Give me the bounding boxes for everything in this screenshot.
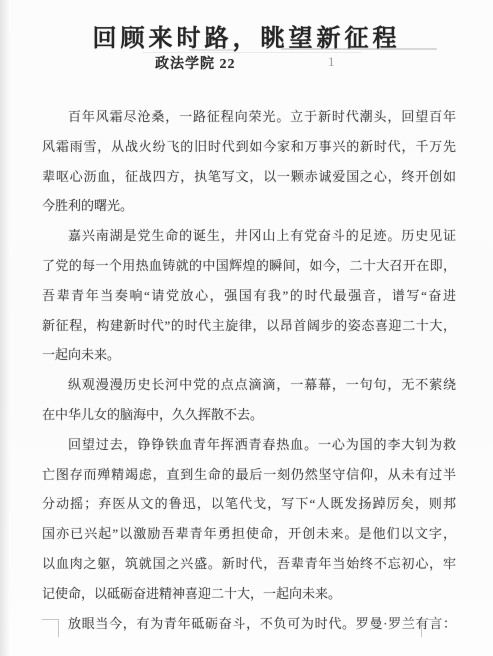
text-line: 纵观漫漫历史长河中党的点点滴滴，一幕幕，一句句，无不萦绕 bbox=[42, 370, 456, 400]
author-byline: 政法学院 22 bbox=[155, 53, 236, 73]
page-edge-shadow bbox=[0, 0, 10, 656]
text-line: 风霜雨雪，从战火纷飞的旧时代到如今家和万事兴的新时代，千万先 bbox=[42, 132, 456, 162]
byline-faint-mark: 1 bbox=[328, 54, 335, 70]
text-line: 嘉兴南湖是党生命的诞生，井冈山上有党奋斗的足迹。历史见证 bbox=[42, 221, 456, 251]
text-line: 吾辈青年当奏响“请党放心，强国有我”的时代最强音，谱写“奋进 bbox=[42, 281, 456, 311]
text-line: 新征程，构建新时代”的时代主旋律，以昂首阔步的姿态喜迎二十大， bbox=[42, 311, 456, 341]
text-line: 一起向未来。 bbox=[42, 340, 456, 370]
text-line: 今胜利的曙光。 bbox=[42, 191, 456, 221]
text-line: 记使命，以砥砺奋进精神喜迎二十大，一起向未来。 bbox=[42, 579, 456, 609]
text-line: 辈呕心沥血，征战四方，执笔写文，以一颗赤诚爱国之心，终开创如 bbox=[42, 162, 456, 192]
text-line: 回望过去，铮铮铁血青年挥洒青春热血。一心为国的李大钊为救 bbox=[42, 430, 456, 460]
text-line: 放眼当今，有为青年砥砺奋斗，不负可为时代。罗曼·罗兰有言： bbox=[42, 609, 456, 639]
text-line: 国亦已兴起”以激励吾辈青年勇担使命，开创未来。是他们以文字， bbox=[42, 519, 456, 549]
text-line: 在中华儿女的脑海中，久久挥散不去。 bbox=[42, 400, 456, 430]
text-line: 以血肉之躯，筑就国之兴盛。新时代，吾辈青年当始终不忘初心，牢 bbox=[42, 549, 456, 579]
text-line: 分动摇；弃医从文的鲁迅，以笔代戈，写下“人既发扬踔厉矣，则邦 bbox=[42, 489, 456, 519]
text-line: 亡图存而殚精竭虑，直到生命的最后一刻仍然坚守信仰，从未有过半 bbox=[42, 460, 456, 490]
text-line: 百年风霜尽沧桑，一路征程向荣光。立于新时代潮头，回望百年 bbox=[42, 102, 456, 132]
document-page: 回顾来时路，眺望新征程 政法学院 22 1 百年风霜尽沧桑，一路征程向荣光。立于… bbox=[0, 0, 493, 656]
document-title: 回顾来时路，眺望新征程 bbox=[0, 18, 493, 53]
body-text: 百年风霜尽沧桑，一路征程向荣光。立于新时代潮头，回望百年风霜雨雪，从战火纷飞的旧… bbox=[42, 102, 456, 638]
text-line: 了党的每一个用热血铸就的中国辉煌的瞬间，如今，二十大召开在即， bbox=[42, 251, 456, 281]
